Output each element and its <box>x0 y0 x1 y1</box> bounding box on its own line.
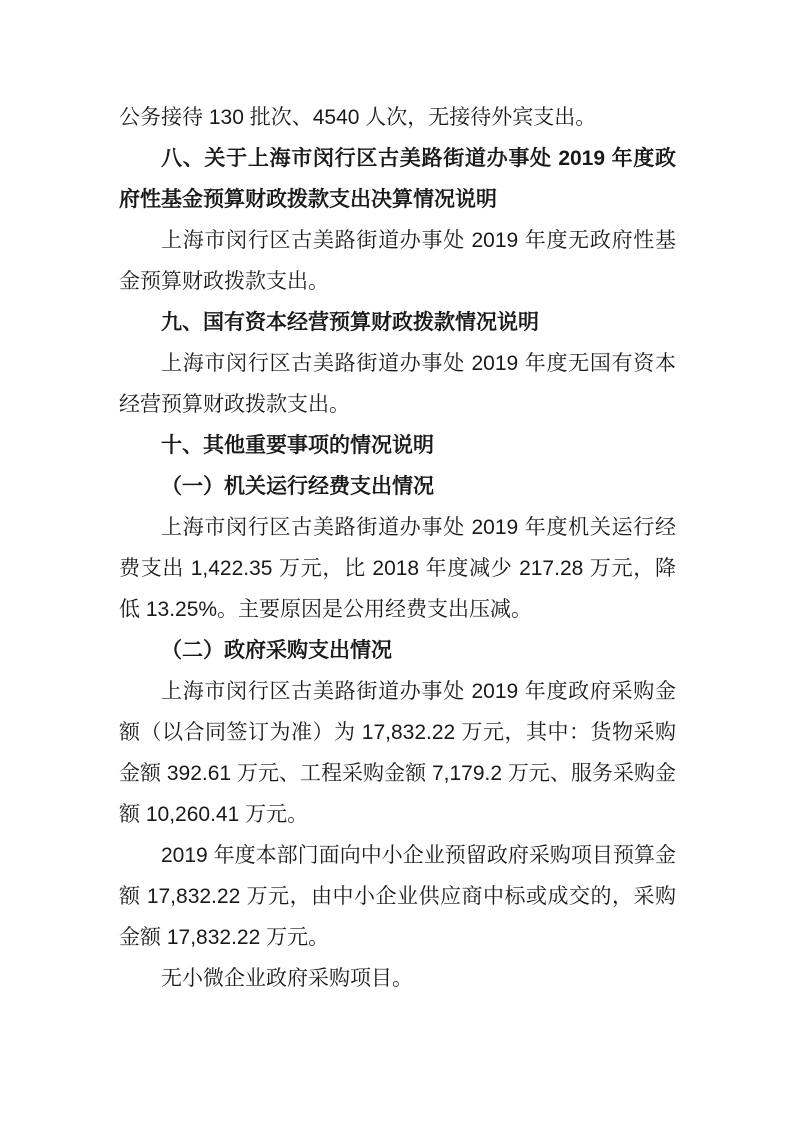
body-paragraph: 无小微企业政府采购项目。 <box>119 958 676 999</box>
document-page: 公务接待 130 批次、4540 人次，无接待外宾支出。八、关于上海市闵行区古美… <box>0 0 793 1122</box>
body-paragraph: 公务接待 130 批次、4540 人次，无接待外宾支出。 <box>119 97 676 138</box>
body-paragraph: 上海市闵行区古美路街道办事处 2019 年度无政府性基金预算财政拨款支出。 <box>119 220 676 302</box>
body-paragraph: 上海市闵行区古美路街道办事处 2019 年度政府采购金额（以合同签订为准）为 1… <box>119 671 676 835</box>
body-paragraph: 2019 年度本部门面向中小企业预留政府采购项目预算金额 17,832.22 万… <box>119 835 676 958</box>
section-heading: 九、国有资本经营预算财政拨款情况说明 <box>119 302 676 343</box>
section-heading: 八、关于上海市闵行区古美路街道办事处 2019 年度政府性基金预算财政拨款支出决… <box>119 138 676 220</box>
section-heading: （一）机关运行经费支出情况 <box>119 466 676 507</box>
document-page-background: { "page": { "background_color": "#ffffff… <box>0 0 793 1122</box>
body-paragraph: 上海市闵行区古美路街道办事处 2019 年度机关运行经费支出 1,422.35 … <box>119 507 676 630</box>
section-heading: 十、其他重要事项的情况说明 <box>119 425 676 466</box>
body-paragraph: 上海市闵行区古美路街道办事处 2019 年度无国有资本经营预算财政拨款支出。 <box>119 343 676 425</box>
document-body: 公务接待 130 批次、4540 人次，无接待外宾支出。八、关于上海市闵行区古美… <box>119 97 676 999</box>
section-heading: （二）政府采购支出情况 <box>119 630 676 671</box>
